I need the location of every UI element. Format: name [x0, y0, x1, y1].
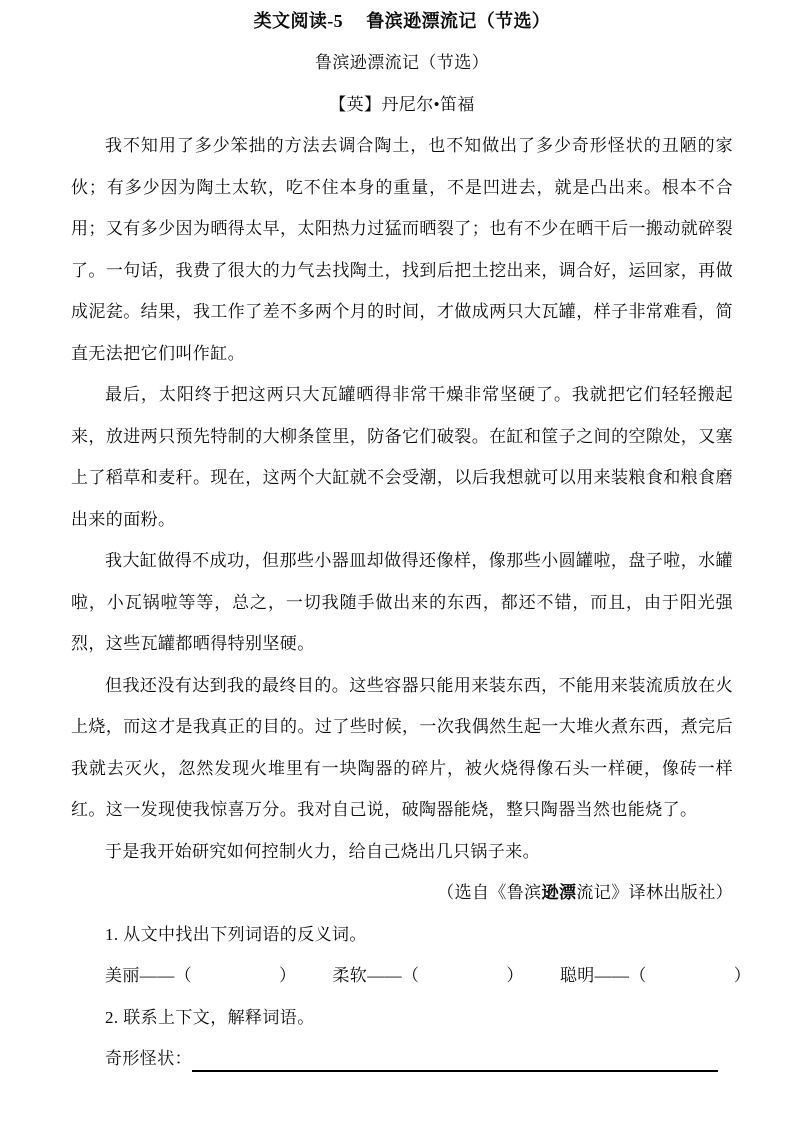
- passage-paragraph-1: 我不知用了多少笨拙的方法去调合陶土，也不知做出了多少奇形怪状的丑陋的家伙；有多少…: [71, 125, 733, 374]
- worksheet-title: 类文阅读-5 鲁滨逊漂流记（节选）: [71, 0, 733, 42]
- antonym-row: 美丽——（ ） 柔软——（ ） 聪明——（ ）: [71, 955, 733, 997]
- passage-attribution: （选自《鲁滨逊漂流记》译林出版社）: [71, 872, 733, 914]
- passage-paragraph-2: 最后，太阳终于把这两只大瓦罐晒得非常干燥非常坚硬了。我就把它们轻轻搬起来，放进两…: [71, 374, 733, 540]
- passage-title: 鲁滨逊漂流记（节选）: [71, 42, 733, 84]
- question-1-label: 1. 从文中找出下列词语的反义词。: [71, 914, 733, 956]
- passage-paragraph-5: 于是我开始研究如何控制火力，给自己烧出几只锅子来。: [71, 831, 733, 873]
- definition-row: 奇形怪状：: [71, 1038, 733, 1080]
- antonym-item-beautiful[interactable]: 美丽——（ ）: [105, 955, 296, 997]
- definition-term: 奇形怪状：: [105, 1038, 192, 1080]
- antonym-item-soft[interactable]: 柔软——（ ）: [332, 955, 523, 997]
- passage-paragraph-3: 我大缸做得不成功，但那些小器皿却做得还像样，像那些小圆罐啦，盘子啦，水罐啦，小瓦…: [71, 540, 733, 665]
- passage-author: 【英】丹尼尔•笛福: [71, 84, 733, 126]
- answer-blank-line[interactable]: [192, 1038, 718, 1072]
- attribution-text-pre: （选自《鲁滨: [437, 883, 541, 902]
- document-page: 类文阅读-5 鲁滨逊漂流记（节选） 鲁滨逊漂流记（节选） 【英】丹尼尔•笛福 我…: [0, 0, 793, 1122]
- passage-paragraph-4: 但我还没有达到我的最终目的。这些容器只能用来装东西，不能用来装流质放在火上烧，而…: [71, 665, 733, 831]
- antonym-item-clever[interactable]: 聪明——（ ）: [560, 955, 751, 997]
- attribution-text-bold: 逊漂: [542, 883, 577, 902]
- attribution-text-post: 流记》译林出版社）: [576, 883, 733, 902]
- question-2-label: 2. 联系上下文，解释词语。: [71, 997, 733, 1039]
